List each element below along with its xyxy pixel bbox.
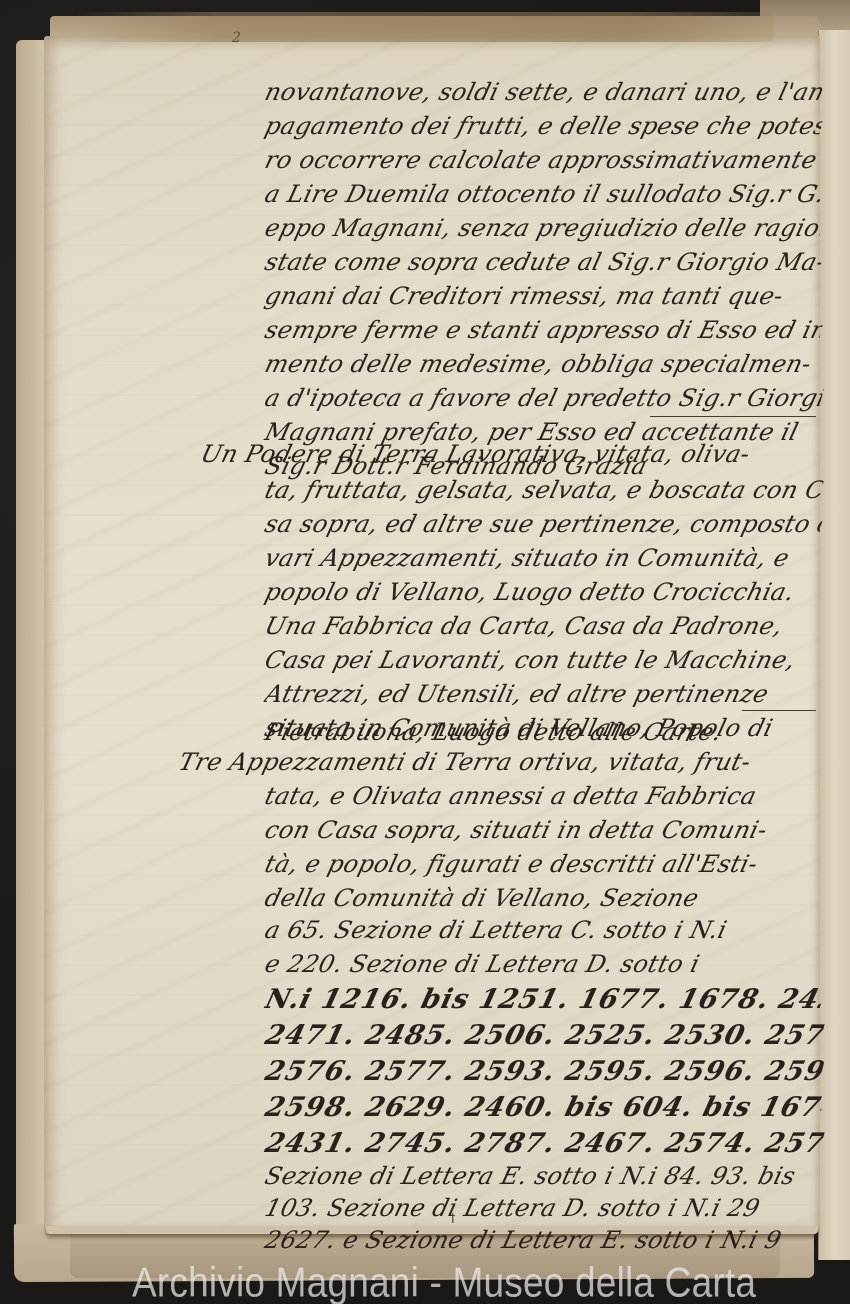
text-line: con Casa sopra, situati in detta Comuni- xyxy=(262,816,825,844)
text-line: 103. Sezione di Lettera D. sotto i N.i 2… xyxy=(262,1194,825,1222)
text-line: della Comunità di Vellano, Sezione xyxy=(262,884,825,912)
text-line: Una Fabbrica da Carta, Casa da Padrone, xyxy=(262,612,825,640)
parcel-number-line: 2431. 2745. 2787. 2467. 2574. 2575 xyxy=(262,1128,826,1159)
archive-watermark: Archivio Magnani - Museo della Carta xyxy=(132,1259,756,1304)
text-line: Sezione di Lettera E. sotto i N.i 84. 93… xyxy=(262,1162,825,1190)
text-line: Attrezzi, ed Utensili, ed altre pertinen… xyxy=(262,680,825,708)
text-line: ta, fruttata, gelsata, selvata, e boscat… xyxy=(262,476,825,504)
bottom-ink-mark: ꝉ xyxy=(450,1212,456,1227)
text-line: a Lire Duemila ottocento il sullodato Si… xyxy=(262,180,825,208)
text-line: mento delle medesime, obbliga specialmen… xyxy=(262,350,825,378)
text-line: eppo Magnani, senza pregiudizio delle ra… xyxy=(262,214,825,242)
text-line: sa sopra, ed altre sue pertinenze, compo… xyxy=(262,510,825,538)
line-filler-rule xyxy=(650,416,816,417)
text-line: e 220. Sezione di Lettera D. sotto i xyxy=(262,950,825,978)
text-line: tata, e Olivata annessi a detta Fabbrica xyxy=(262,782,825,810)
text-line: Tre Appezzamenti di Terra ortiva, vitata… xyxy=(176,748,825,776)
text-line: state come sopra cedute al Sig.r Giorgio… xyxy=(262,248,825,276)
text-line: 2627. e Sezione di Lettera E. sotto i N.… xyxy=(262,1226,825,1254)
text-line: gnani dai Creditori rimessi, ma tanti qu… xyxy=(262,282,825,310)
text-line: Pietrabuona, Luogo detto alle Carte. xyxy=(262,718,739,746)
handwritten-text: novantanove, soldi sette, e danari uno, … xyxy=(0,0,850,1220)
text-line: a 65. Sezione di Lettera C. sotto i N.i xyxy=(262,916,825,944)
text-line: vari Appezzamenti, situato in Comunità, … xyxy=(262,544,825,572)
text-line: popolo di Vellano, Luogo detto Crocicchi… xyxy=(262,578,825,606)
text-line: Un Podere di Terra Lavorativa, vitata, o… xyxy=(198,440,825,468)
line-filler-rule xyxy=(742,710,816,711)
text-line: ro occorrere calcolate approssimativamen… xyxy=(262,146,825,174)
text-line: a d'ipoteca a favore del predetto Sig.r … xyxy=(262,384,825,412)
text-line: tà, e popolo, figurati e descritti all'E… xyxy=(262,850,825,878)
parcel-number-line: 2576. 2577. 2593. 2595. 2596. 2597 xyxy=(262,1056,826,1087)
text-line: pagamento dei frutti, e delle spese che … xyxy=(262,112,825,140)
parcel-number-line: N.i 1216. bis 1251. 1677. 1678. 2422. 24… xyxy=(262,984,826,1015)
text-line: Casa pei Lavoranti, con tutte le Macchin… xyxy=(262,646,825,674)
parcel-number-line: 2598. 2629. 2460. bis 604. bis 1674. 243 xyxy=(262,1092,826,1123)
text-line: sempre ferme e stanti appresso di Esso e… xyxy=(262,316,825,344)
parcel-number-line: 2471. 2485. 2506. 2525. 2530. 257 xyxy=(262,1020,826,1051)
text-line: novantanove, soldi sette, e danari uno, … xyxy=(262,78,825,106)
